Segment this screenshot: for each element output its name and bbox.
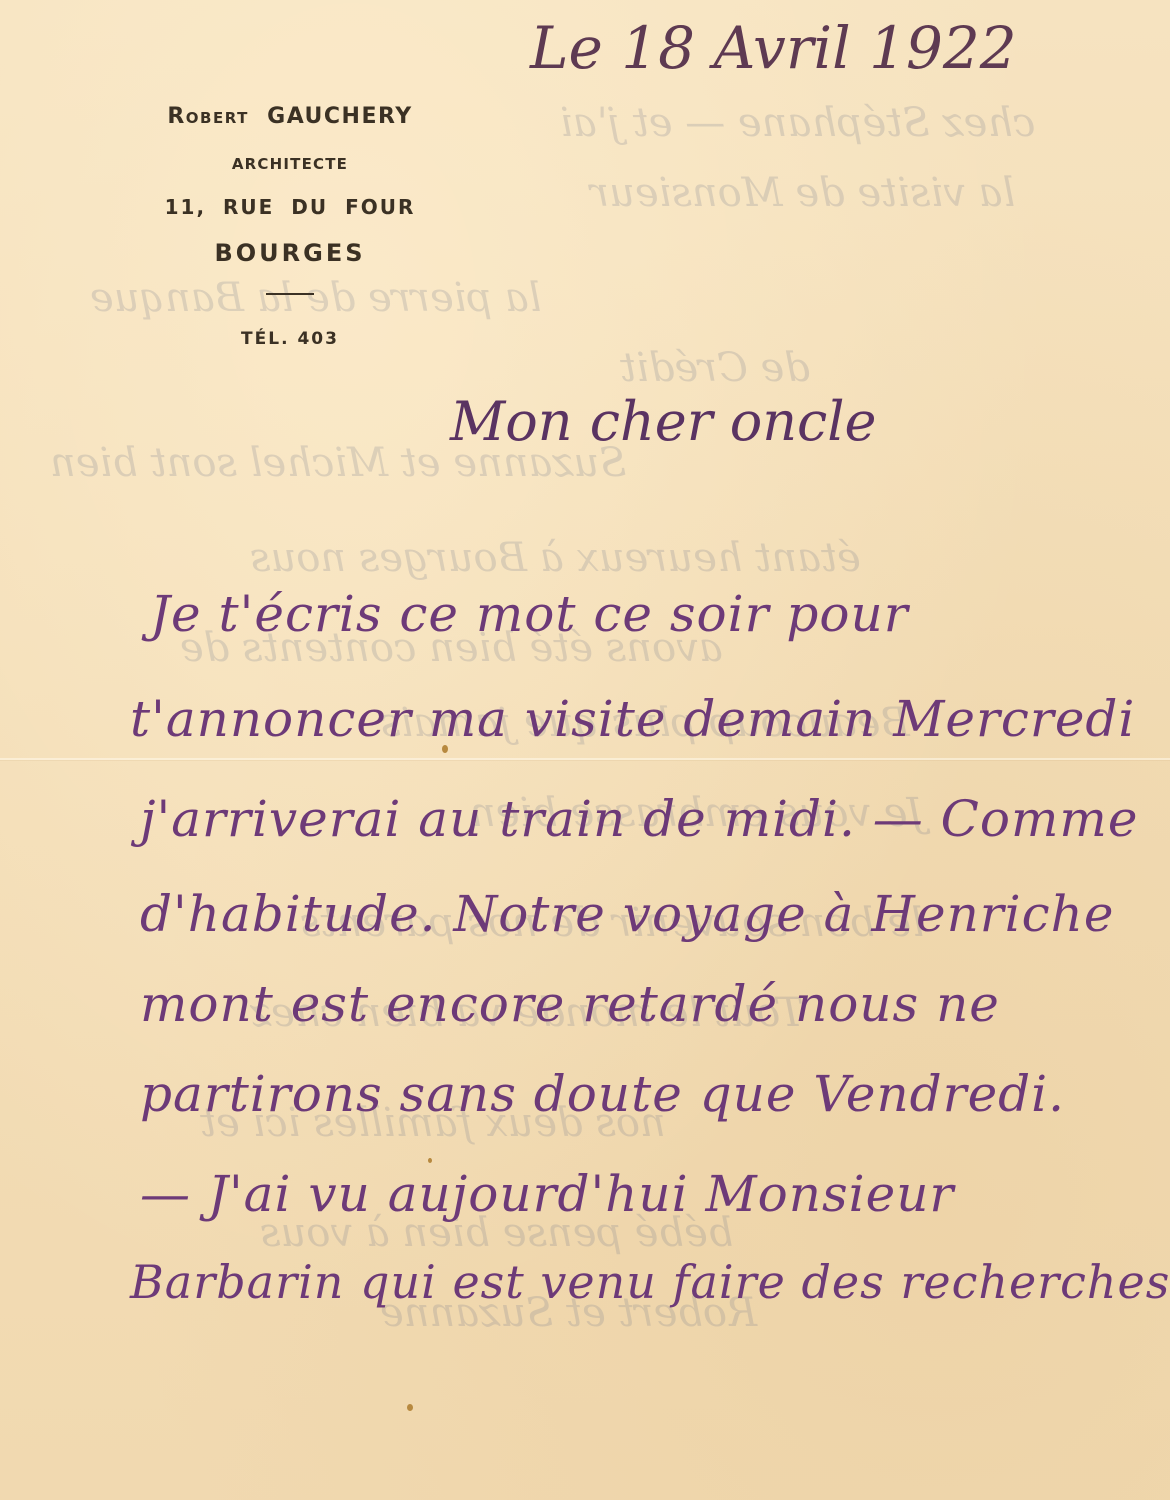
letterhead-phone: TÉL. 403 <box>100 329 480 349</box>
letter-date: Le 18 Avril 1922 <box>530 14 1017 82</box>
bleed-through-text: de Crédit <box>620 345 810 391</box>
letter-page: chez Stéphane — et j'ai la visite de Mon… <box>0 0 1170 1500</box>
body-line: — J'ai vu aujourd'hui Monsieur <box>140 1165 954 1223</box>
body-line: j'arriverai au train de midi. — Comme <box>140 790 1138 848</box>
letterhead-first-name: Robert <box>167 104 248 129</box>
body-line: Je t'écris ce mot ce soir pour <box>150 585 909 643</box>
bleed-through-text: la visite de Monsieur <box>590 170 1015 216</box>
bleed-through-text: chez Stéphane — et j'ai <box>560 100 1035 146</box>
body-line: d'habitude. Notre voyage à Henriche <box>140 885 1114 943</box>
foxing-spot <box>407 1404 413 1411</box>
letterhead-divider <box>266 293 314 295</box>
body-line: Barbarin qui est venu faire des recherch… <box>130 1255 1170 1309</box>
letterhead-address: 11, RUE DU FOUR <box>100 195 480 219</box>
letterhead-name: Robert GAUCHERY <box>100 104 480 129</box>
body-line: t'annoncer ma visite demain Mercredi <box>130 690 1135 748</box>
fold-crease <box>0 758 1170 760</box>
letterhead: Robert GAUCHERY ARCHITECTE 11, RUE DU FO… <box>100 100 480 349</box>
letterhead-profession: ARCHITECTE <box>100 155 480 173</box>
letterhead-last-name: GAUCHERY <box>267 104 413 129</box>
body-line: mont est encore retardé nous ne <box>140 975 1000 1033</box>
letter-salutation: Mon cher oncle <box>450 390 876 453</box>
bleed-through-text: étant heureux à Bourges nous <box>250 535 861 581</box>
foxing-spot <box>428 1158 432 1163</box>
foxing-spot <box>442 745 448 753</box>
letterhead-city: BOURGES <box>100 239 480 267</box>
body-line: partirons sans doute que Vendredi. <box>140 1065 1065 1123</box>
